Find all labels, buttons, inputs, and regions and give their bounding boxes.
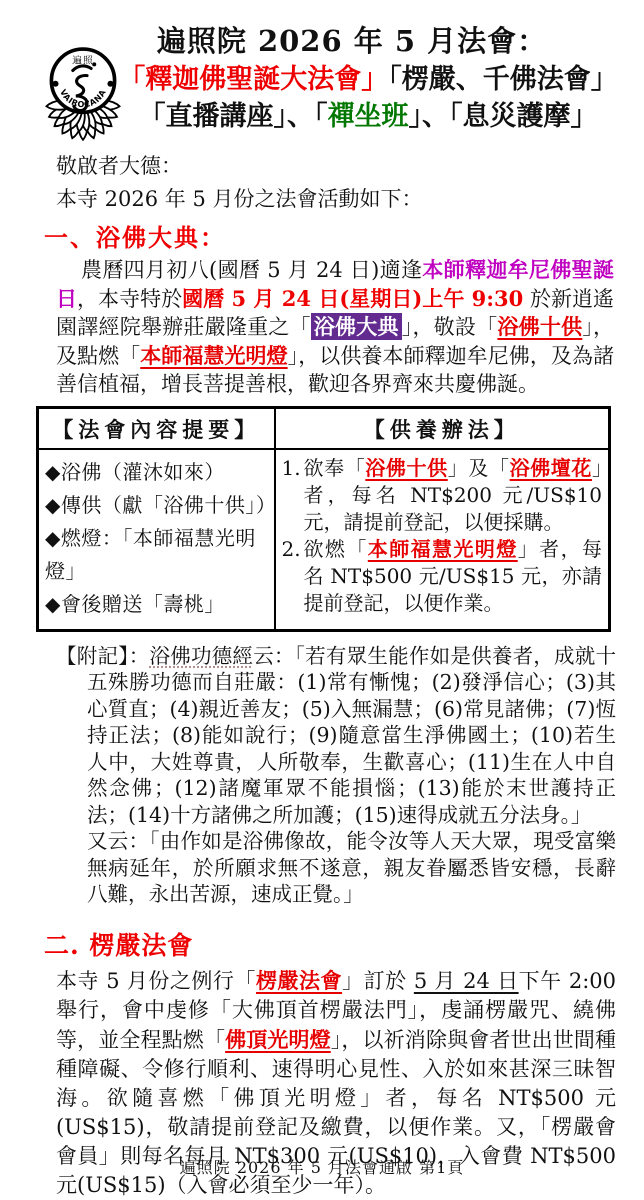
seal-dot-right — [107, 81, 113, 87]
text-segment-highlight: 浴佛大典 — [311, 313, 402, 340]
text-segment-normal: 云：「若有眾生能作如是供養者，成就十五殊勝功德而自莊嚴：(1)常有慚愧；(2)發… — [87, 644, 616, 827]
text-segment-wavy: 浴佛功德經 — [149, 644, 253, 668]
text-segment-normal: 」，敬設「 — [402, 315, 498, 339]
text-segment-normal: 農曆四月初八(國曆 5 月 24 日)適逢 — [81, 258, 422, 282]
greeting-line-2: 本寺 2026 年 5 月份之法會活動如下： — [56, 183, 614, 216]
announcement-page: 遍照 VAIROCANA 遍照院 2026 年 5 月法會： 「釋迦佛聖誕大法會… — [0, 0, 644, 1200]
page-footer: 遍照院 2026 年 5 月法會通啟 第1頁 — [0, 1155, 644, 1178]
greeting: 敬啟者大德： 本寺 2026 年 5 月份之法會活動如下： — [56, 150, 614, 216]
text-segment-red-underline: 浴佛壇花 — [510, 456, 592, 480]
text-segment-green: 禪坐班 — [328, 101, 409, 132]
text-segment-red: 「釋迦佛聖誕大法會」 — [118, 64, 388, 95]
table-header-summary: 【法會內容提要】 — [38, 407, 275, 449]
summary-item: ◆會後贈送「壽桃」 — [45, 588, 270, 621]
offering-item-text: 欲燃「本師福慧光明燈」者，每名 NT$500 元/US$15 元，亦請提前登記，… — [304, 537, 603, 615]
text-segment-red-underline: 浴佛十供 — [365, 456, 447, 480]
section-1-heading: 一、浴佛大典： — [44, 222, 644, 253]
text-segment-normal: 「直播講座」、「 — [139, 101, 328, 132]
text-segment-red-underline: 佛頂光明燈 — [225, 1027, 331, 1052]
text-segment-normal: 」訂於 — [342, 969, 414, 993]
text-segment-red: 國曆 5 月 24 日(星期日)上午 9:30 — [182, 286, 523, 311]
note-paragraph-1: 【附記】：浴佛功德經云：「若有眾生能作如是供養者，成就十五殊勝功德而自莊嚴：(1… — [56, 643, 616, 829]
offering-table-header-row: 【法會內容提要】 【供養辦法】 — [38, 407, 610, 449]
text-segment-normal: 欲燃「 — [304, 537, 368, 561]
offering-item: 2. 欲燃「本師福慧光明燈」者，每名 NT$500 元/US$15 元，亦請提前… — [280, 536, 603, 617]
text-segment-red-underline: 浴佛十供 — [497, 314, 582, 339]
text-segment-normal: 「楞嚴、千佛法會」 — [388, 64, 618, 95]
summary-item: ◆燃燈：「本師福慧光明燈」 — [45, 522, 270, 588]
text-segment-normal: 欲奉「 — [304, 456, 366, 480]
text-segment-normal: ，本寺特於 — [77, 287, 182, 311]
offering-item-text: 欲奉「浴佛十供」及「浴佛壇花」者，每名 NT$200 元/US$10 元，請提前… — [304, 456, 603, 534]
text-segment-normal: 又云：「由作如是浴佛像故，能令汝等人天大眾，現受富樂無病延年，於所願求無不遂意，… — [87, 829, 616, 906]
summary-item: ◆傳供（獻「浴佛十供」） — [45, 489, 270, 522]
text-segment-red-underline: 本師福慧光明燈 — [140, 343, 287, 368]
list-marker: 1. — [282, 455, 301, 482]
note-paragraph-2: 又云：「由作如是浴佛像故，能令汝等人天大眾，現受富樂無病延年，於所願求無不遂意，… — [56, 828, 616, 908]
seal-dot-left — [52, 81, 58, 87]
text-segment-normal: 」及「 — [448, 456, 510, 480]
table-header-offering: 【供養辦法】 — [275, 407, 610, 449]
summary-item: ◆浴佛（灌沐如來） — [45, 456, 270, 489]
header: 遍照 VAIROCANA 遍照院 2026 年 5 月法會： 「釋迦佛聖誕大法會… — [0, 0, 644, 135]
text-segment-underline: 5 月 24 日 — [414, 969, 519, 993]
text-segment-normal: 本寺 5 月份之例行「 — [56, 969, 256, 993]
text-segment-normal: 【附記】： — [56, 644, 149, 668]
offering-item: 1. 欲奉「浴佛十供」及「浴佛壇花」者，每名 NT$200 元/US$10 元，… — [280, 455, 603, 536]
temple-seal-logo: 遍照 VAIROCANA — [28, 44, 138, 150]
offering-table: 【法會內容提要】 【供養辦法】 ◆浴佛（灌沐如來） ◆傳供（獻「浴佛十供」） ◆… — [36, 406, 611, 632]
text-segment-red-underline: 本師福慧光明燈 — [368, 537, 518, 561]
note-block: 【附記】：浴佛功德經云：「若有眾生能作如是供養者，成就十五殊勝功德而自莊嚴：(1… — [56, 643, 616, 908]
section-2-heading: 二. 楞嚴法會 — [44, 930, 644, 962]
offering-cell: 1. 欲奉「浴佛十供」及「浴佛壇花」者，每名 NT$200 元/US$10 元，… — [275, 449, 610, 631]
text-segment-normal: 」、「息災護摩」 — [409, 101, 598, 132]
summary-cell: ◆浴佛（灌沐如來） ◆傳供（獻「浴佛十供」） ◆燃燈：「本師福慧光明燈」 ◆會後… — [38, 449, 275, 631]
section-1-paragraph: 農曆四月初八(國曆 5 月 24 日)適逢本師釋迦牟尼佛聖誕日，本寺特於國曆 5… — [56, 256, 614, 399]
greeting-line-1: 敬啟者大德： — [56, 150, 614, 183]
list-marker: 2. — [282, 536, 301, 563]
text-segment-red-underline: 楞嚴法會 — [256, 968, 342, 993]
offering-table-body-row: ◆浴佛（灌沐如來） ◆傳供（獻「浴佛十供」） ◆燃燈：「本師福慧光明燈」 ◆會後… — [38, 449, 610, 631]
